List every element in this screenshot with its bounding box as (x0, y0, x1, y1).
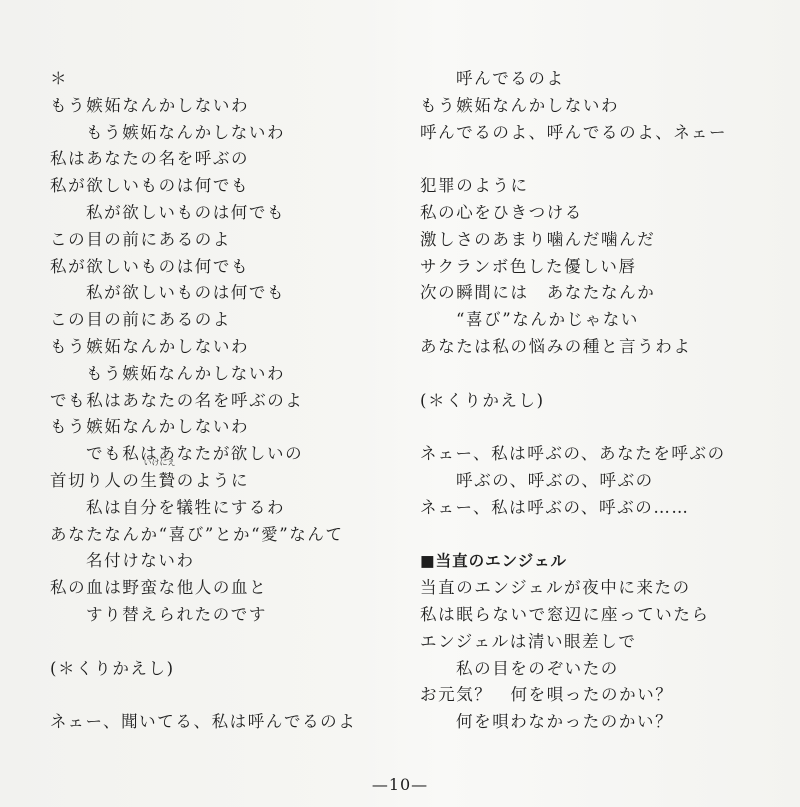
blank-line (50, 682, 390, 709)
lyric-line: ネェー、私は呼ぶの、呼ぶの…… (420, 495, 770, 522)
lyric-line: ＊ (50, 66, 390, 93)
lyric-line: この目の前にあるのよ (50, 227, 390, 254)
lyric-line: もう嫉妬なんかしないわ (50, 361, 390, 388)
lyric-line: 呼んでるのよ、呼んでるのよ、ネェー (420, 120, 770, 147)
lyric-line: 私は自分を犠牲にするわ (50, 495, 390, 522)
lyric-line: あなたなんか“喜び”とか“愛”なんて (50, 522, 390, 549)
lyric-line: もう嫉妬なんかしないわ (420, 93, 770, 120)
lyric-line: 私が欲しいものは何でも (50, 254, 390, 281)
lyric-line: 呼んでるのよ (420, 66, 770, 93)
lyric-text: 首切り人の (50, 471, 141, 490)
left-column: ＊ もう嫉妬なんかしないわ もう嫉妬なんかしないわ 私はあなたの名を呼ぶの 私が… (50, 66, 390, 736)
blank-line (420, 146, 770, 173)
blank-line (50, 629, 390, 656)
lyric-line: もう嫉妬なんかしないわ (50, 120, 390, 147)
lyric-line: 私は眠らないで窓辺に座っていたら (420, 602, 770, 629)
ruby-reading: いけにえ (144, 459, 176, 467)
lyric-line: ネェー、聞いてる、私は呼んでるのよ (50, 709, 390, 736)
lyric-line: この目の前にあるのよ (50, 307, 390, 334)
page-number: —10— (0, 775, 800, 794)
lyric-line: 次の瞬間には あなたなんか (420, 280, 770, 307)
lyric-line: すり替えられたのです (50, 602, 390, 629)
lyric-line: 私が欲しいものは何でも (50, 280, 390, 307)
lyric-line: でも私はあなたの名を呼ぶのよ (50, 388, 390, 415)
lyric-text: のように (177, 471, 249, 490)
lyric-line: もう嫉妬なんかしないわ (50, 414, 390, 441)
blank-line (420, 522, 770, 549)
blank-line (420, 361, 770, 388)
lyric-line: ネェー、私は呼ぶの、あなたを呼ぶの (420, 441, 770, 468)
right-column: 呼んでるのよ もう嫉妬なんかしないわ 呼んでるのよ、呼んでるのよ、ネェー 犯罪の… (420, 66, 770, 736)
lyric-line: “喜び”なんかじゃない (420, 307, 770, 334)
lyric-line: でも私はあなたが欲しいの (50, 441, 390, 468)
lyric-line: あなたは私の悩みの種と言うわよ (420, 334, 770, 361)
lyric-line: 激しさのあまり噛んだ噛んだ (420, 227, 770, 254)
lyric-line: エンジェルは清い眼差しで (420, 629, 770, 656)
lyric-line: 呼ぶの、呼ぶの、呼ぶの (420, 468, 770, 495)
lyric-line: もう嫉妬なんかしないわ (50, 334, 390, 361)
lyric-line: 当直のエンジェルが夜中に来たの (420, 575, 770, 602)
ruby-base: 生贄 (141, 471, 177, 490)
lyric-line: もう嫉妬なんかしないわ (50, 93, 390, 120)
lyric-line: 私の心をひきつける (420, 200, 770, 227)
lyric-line: 犯罪のように (420, 173, 770, 200)
lyric-line: お元気？ 何を唄ったのかい？ (420, 682, 770, 709)
repeat-marker: (＊くりかえし) (420, 388, 770, 415)
song-title: ■当直のエンジェル (420, 548, 770, 575)
repeat-marker: (＊くりかえし) (50, 656, 390, 683)
lyric-line: 何を唄わなかったのかい？ (420, 709, 770, 736)
lyric-line: 私はあなたの名を呼ぶの (50, 146, 390, 173)
lyric-line: 私の血は野蛮な他人の血と (50, 575, 390, 602)
lyric-line: 私が欲しいものは何でも (50, 200, 390, 227)
lyrics-page: ＊ もう嫉妬なんかしないわ もう嫉妬なんかしないわ 私はあなたの名を呼ぶの 私が… (0, 0, 800, 807)
lyric-line: 私が欲しいものは何でも (50, 173, 390, 200)
lyric-line: 私の目をのぞいたの (420, 656, 770, 683)
blank-line (420, 414, 770, 441)
lyric-line: サクランボ色した優しい唇 (420, 254, 770, 281)
ruby-word: いけにえ生贄 (141, 468, 177, 495)
lyric-line: 名付けないわ (50, 548, 390, 575)
lyric-line-with-ruby: 首切り人のいけにえ生贄のように (50, 468, 390, 495)
